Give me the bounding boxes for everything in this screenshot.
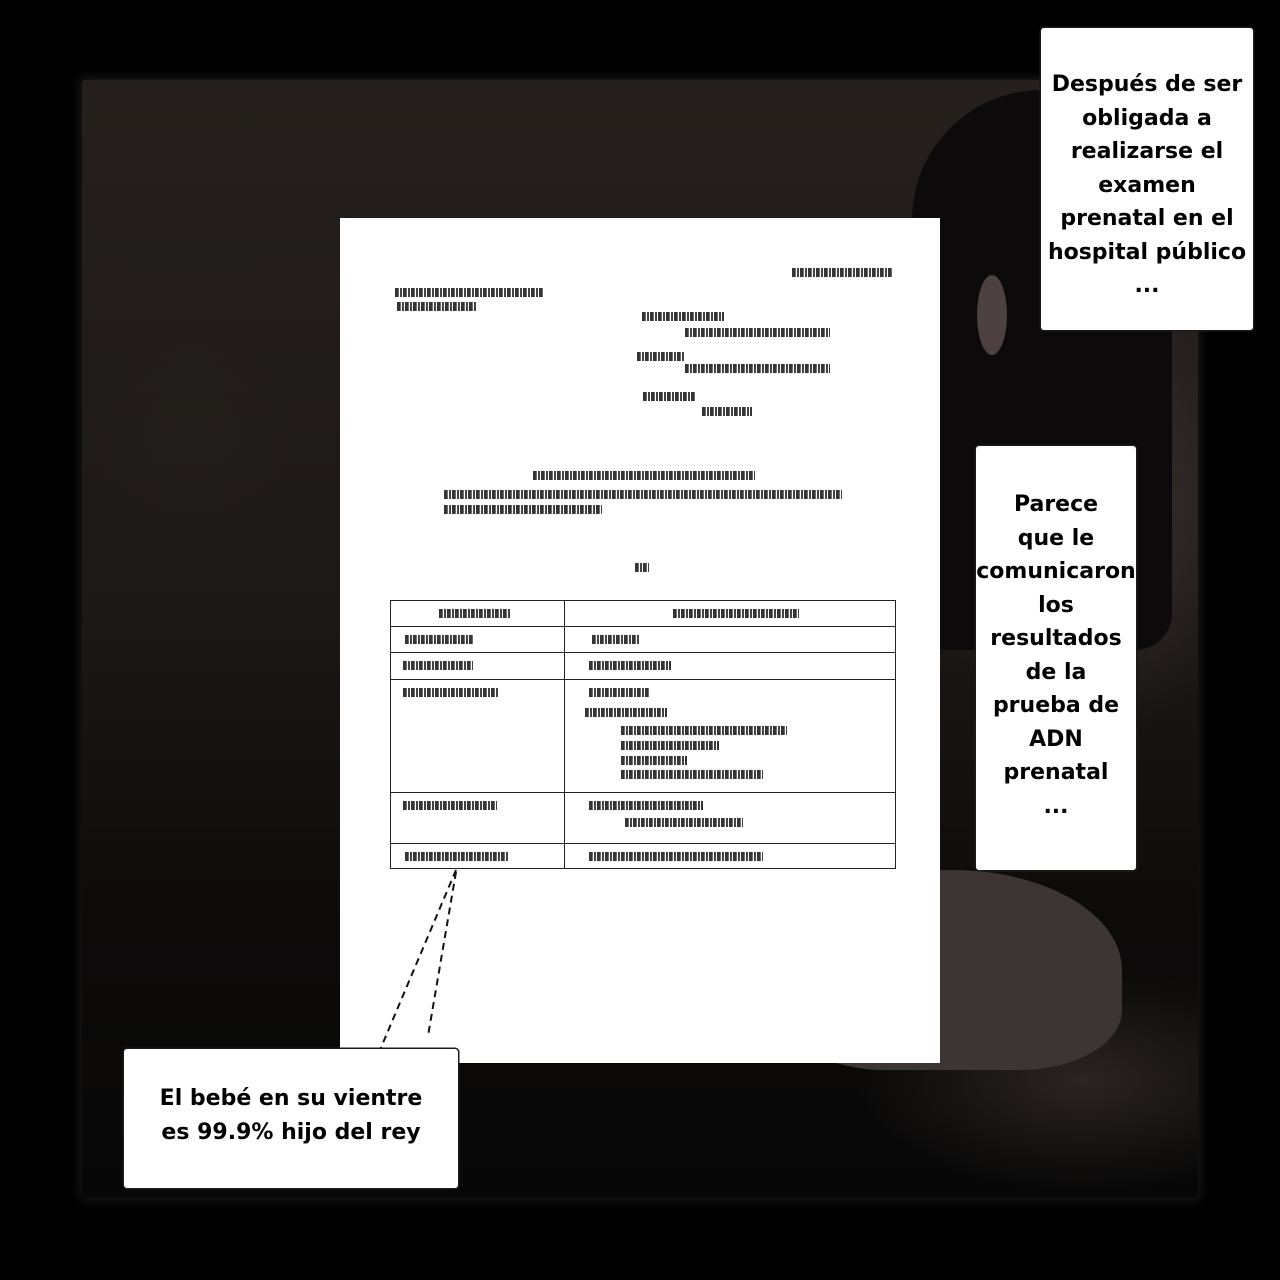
caption-middle-right: Pareceque le comunicaronlos resultadosde… xyxy=(976,446,1136,870)
doc-body-line xyxy=(444,505,602,514)
doc-sender-line xyxy=(637,352,685,361)
doc-title xyxy=(533,471,755,480)
doc-date-line xyxy=(792,268,892,277)
doc-section-mark xyxy=(635,563,649,572)
doc-sender-line xyxy=(702,407,752,416)
doc-sender-line xyxy=(643,392,695,401)
doc-recipient-line xyxy=(395,288,543,297)
caption-bottom-left: El bebé en su vientrees 99.9% hijo del r… xyxy=(124,1049,458,1188)
character-ear xyxy=(977,275,1007,355)
doc-sender-line xyxy=(685,364,830,373)
dna-test-report-document xyxy=(340,218,940,1063)
doc-body-line xyxy=(444,490,842,499)
report-table xyxy=(390,600,896,869)
caption-top-right: Después de serobligada a realizarse elex… xyxy=(1041,28,1253,330)
doc-sender-line xyxy=(642,312,724,321)
doc-sender-line xyxy=(685,328,830,337)
doc-recipient-line xyxy=(397,302,477,311)
background-plant xyxy=(92,320,292,540)
